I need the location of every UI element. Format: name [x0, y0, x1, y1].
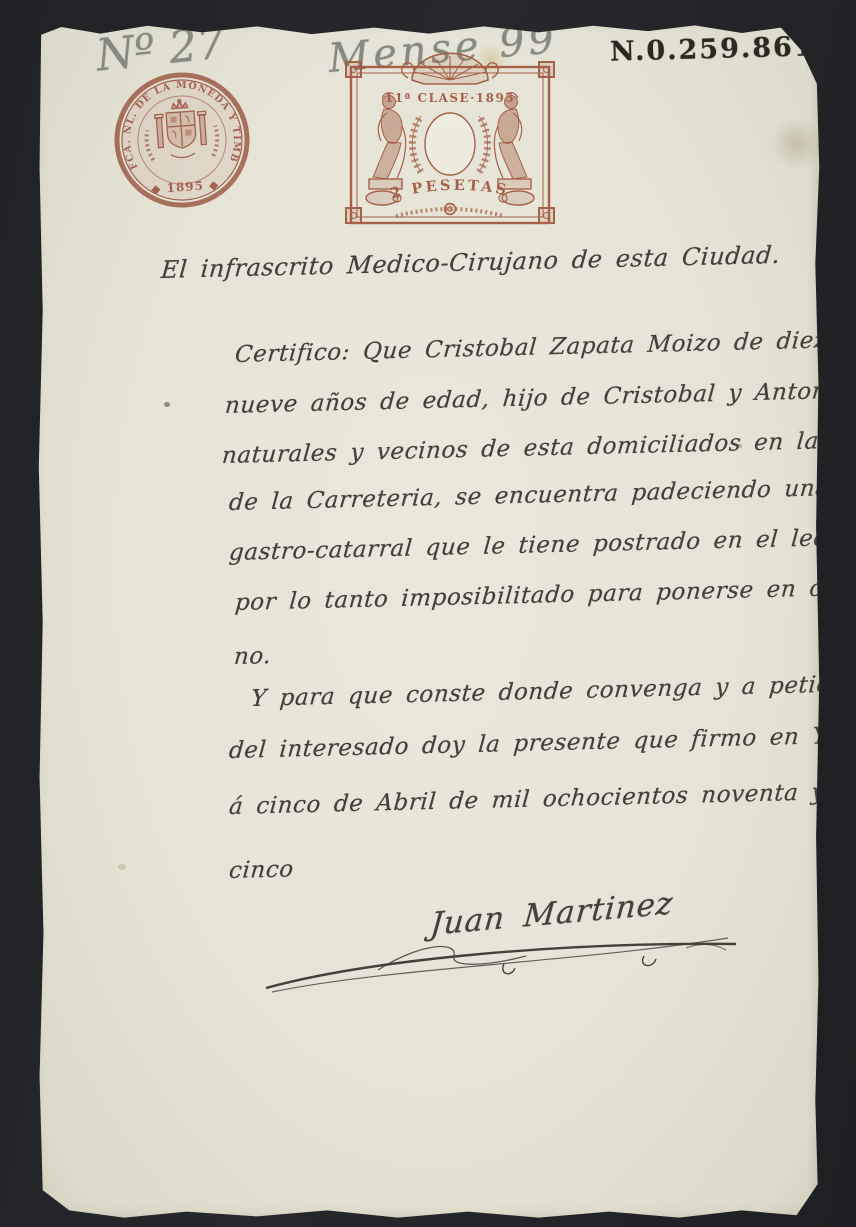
manuscript-line: nueve años de edad, hijo de Cristobal y … [224, 378, 851, 419]
manuscript-line: Certifico: Que Cristobal Zapata Moizo de… [234, 327, 854, 368]
manuscript-line: del interesado doy la presente que firmo… [228, 722, 856, 764]
manuscript-line: por lo tanto imposibilitado para ponerse… [234, 574, 856, 616]
stamp-class-text: 11ª CLASE·1895 [385, 91, 515, 105]
manuscript-line: á cinco de Abril de mil ochocientos nove… [228, 779, 826, 820]
manuscript-line: El infrascrito Medico-Cirujano de esta C… [160, 241, 781, 284]
mint-seal: FCA. NL. DE LA MONEDA Y TIMBRE ◆ 1895 ◆ [107, 65, 256, 214]
revenue-stamp: 11ª CLASE·1895 2 PESETAS [344, 50, 556, 232]
stain-spot [164, 402, 170, 407]
manuscript-line: naturales y vecinos de esta domiciliados… [221, 427, 856, 469]
scanned-document-photo: { "page": { "serial_number": "N.0.259.86… [0, 0, 856, 1227]
document-page: N.0.259.861 Nº 27 Mense 99 FCA. NL. DE L… [38, 24, 820, 1220]
manuscript-line: gastro-catarral que le tiene postrado en… [228, 524, 856, 566]
manuscript-line: no. [233, 643, 272, 670]
manuscript-line: de la Carreteria, se encuentra padeciend… [228, 473, 856, 516]
serial-number: N.0.259.861 [610, 31, 815, 67]
stain-spot [118, 864, 126, 870]
shell-ornament [402, 53, 499, 84]
stamp-denomination-text: 2 PESETAS [389, 177, 511, 203]
manuscript-line: Y para que conste donde convenga y a pet… [250, 671, 856, 712]
stain-spot [738, 444, 742, 448]
signature-flourish [258, 904, 758, 1004]
manuscript-line: cinco [228, 856, 295, 884]
